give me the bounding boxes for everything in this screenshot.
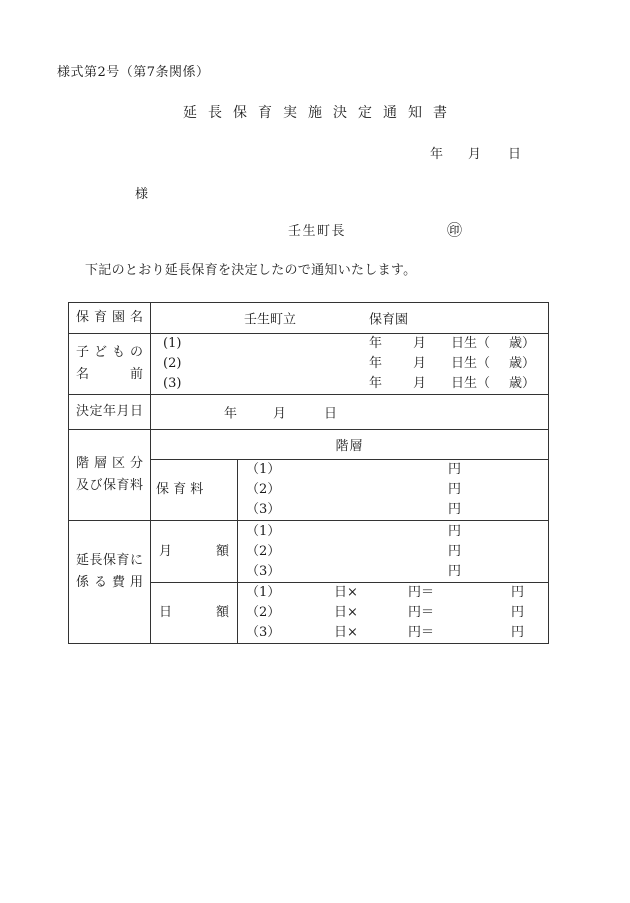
monthly-value-cell: （1） 円 （2） 円 （3） 円 [238,521,549,583]
birth-year-label: 年 [369,374,382,394]
fee-number: （2） [238,482,280,497]
birth-month-label: 月 [413,334,426,354]
fee-entry: （3） 円 [238,500,548,520]
monthly-entry: （1） 円 [238,522,548,542]
yen-label: 円 [511,623,524,643]
nursery-prefix: 壬生町立 [244,309,296,328]
daily-label-cell: 日額 [151,583,238,644]
nursery-value-cell: 壬生町立 保育園 [151,303,549,334]
monthly-label-cell: 月額 [151,521,238,583]
tier-label-cell: 階層区分 及び保育料 [69,430,151,521]
children-row: 子どもの 名前 (1) 年 月 日生（ 歳） (2) 年 月 日生（ 歳） [69,334,549,395]
birth-month-label: 月 [413,354,426,374]
decision-value-cell: 年 月 日 [151,395,549,430]
monthly-label: 月額 [151,542,237,562]
nursery-label-cell: 保育園名 [69,303,151,334]
document-page: 様式第2号（第7条関係） 延長保育実施決定通知書 年 月 日 様 壬生町長 ㊞ … [0,0,630,903]
decision-label-cell: 決定年月日 [69,395,151,430]
extended-label-line2: 係る費用 [69,572,150,594]
children-label-line2: 名前 [69,364,150,386]
child-entry: (2) 年 月 日生（ 歳） [151,354,548,374]
monthly-number: （1） [238,524,280,539]
monthly-entry: （3） 円 [238,562,548,582]
yen-equals-label: 円＝ [408,583,434,603]
days-times-label: 日× [334,623,358,643]
tier-label-line1: 階層区分 [69,453,150,475]
child-number: (3) [151,376,181,391]
extended-label-line1: 延長保育に [69,550,150,572]
issue-date-month-label: 月 [468,143,481,162]
monthly-entry: （2） 円 [238,542,548,562]
daily-entry: （2） 日× 円＝ 円 [238,603,548,623]
nursery-label: 保育園名 [69,307,150,329]
fee-entry: （2） 円 [238,480,548,500]
yen-label: 円 [448,542,461,562]
form-number: 様式第2号（第7条関係） [57,61,210,80]
daily-entry: （1） 日× 円＝ 円 [238,583,548,603]
yen-label: 円 [448,480,461,500]
sender-name: 壬生町長 [288,220,346,239]
nursery-row: 保育園名 壬生町立 保育園 [69,303,549,334]
children-value-cell: (1) 年 月 日生（ 歳） (2) 年 月 日生（ 歳） (3) 年 月 [151,334,549,395]
yen-label: 円 [448,460,461,480]
decision-label: 決定年月日 [69,401,150,423]
monthly-amount-row: 延長保育に 係る費用 月額 （1） 円 （2） 円 （3） 円 [69,521,549,583]
decision-year-label: 年 [224,403,237,422]
birth-age-label: 歳） [509,354,535,374]
birth-age-label: 歳） [509,334,535,354]
seal-icon: ㊞ [447,219,462,240]
birth-day-label: 日生（ [451,334,490,354]
addressee-suffix: 様 [135,183,148,202]
fee-number: （1） [238,462,280,477]
fee-number: （3） [238,502,280,517]
yen-equals-label: 円＝ [408,603,434,623]
child-entry: (3) 年 月 日生（ 歳） [151,374,548,394]
tier-value: 階層 [335,439,363,454]
monthly-number: （3） [238,564,280,579]
decision-day-label: 日 [324,403,337,422]
birth-month-label: 月 [413,374,426,394]
child-number: (2) [151,356,181,371]
issue-date-day-label: 日 [508,143,521,162]
yen-label: 円 [448,562,461,582]
yen-label: 円 [511,583,524,603]
birth-year-label: 年 [369,354,382,374]
daily-value-cell: （1） 日× 円＝ 円 （2） 日× 円＝ 円 （3） 日× 円＝ 円 [238,583,549,644]
daily-label: 日額 [151,603,237,623]
daily-number: （2） [238,605,280,620]
yen-label: 円 [448,522,461,542]
issue-date-year-label: 年 [430,143,443,162]
fee-label: 保 育 料 [151,480,237,500]
birth-age-label: 歳） [509,374,535,394]
birth-day-label: 日生（ [451,354,490,374]
daily-entry: （3） 日× 円＝ 円 [238,623,548,643]
decision-date-row: 決定年月日 年 月 日 [69,395,549,430]
yen-equals-label: 円＝ [408,623,434,643]
document-title: 延長保育実施決定通知書 [0,102,630,122]
notice-text: 下記のとおり延長保育を決定したので通知いたします。 [85,259,416,278]
birth-day-label: 日生（ [451,374,490,394]
child-number: (1) [151,336,181,351]
children-label-cell: 子どもの 名前 [69,334,151,395]
fee-value-cell: （1） 円 （2） 円 （3） 円 [238,460,549,521]
days-times-label: 日× [334,583,358,603]
daily-number: （3） [238,625,280,640]
extended-label-cell: 延長保育に 係る費用 [69,521,151,644]
daily-number: （1） [238,585,280,600]
nursery-suffix: 保育園 [369,309,408,328]
fee-entry: （1） 円 [238,460,548,480]
tier-header-row: 階層区分 及び保育料 階層 [69,430,549,460]
yen-label: 円 [448,500,461,520]
notification-table: 保育園名 壬生町立 保育園 子どもの 名前 (1) 年 月 日生（ 歳） [68,302,549,644]
fee-label-cell: 保 育 料 [151,460,238,521]
child-entry: (1) 年 月 日生（ 歳） [151,334,548,354]
birth-year-label: 年 [369,334,382,354]
days-times-label: 日× [334,603,358,623]
yen-label: 円 [511,603,524,623]
tier-label-line2: 及び保育料 [69,475,150,497]
children-label-line1: 子どもの [69,342,150,364]
monthly-number: （2） [238,544,280,559]
decision-month-label: 月 [273,403,286,422]
tier-value-cell: 階層 [151,430,549,460]
